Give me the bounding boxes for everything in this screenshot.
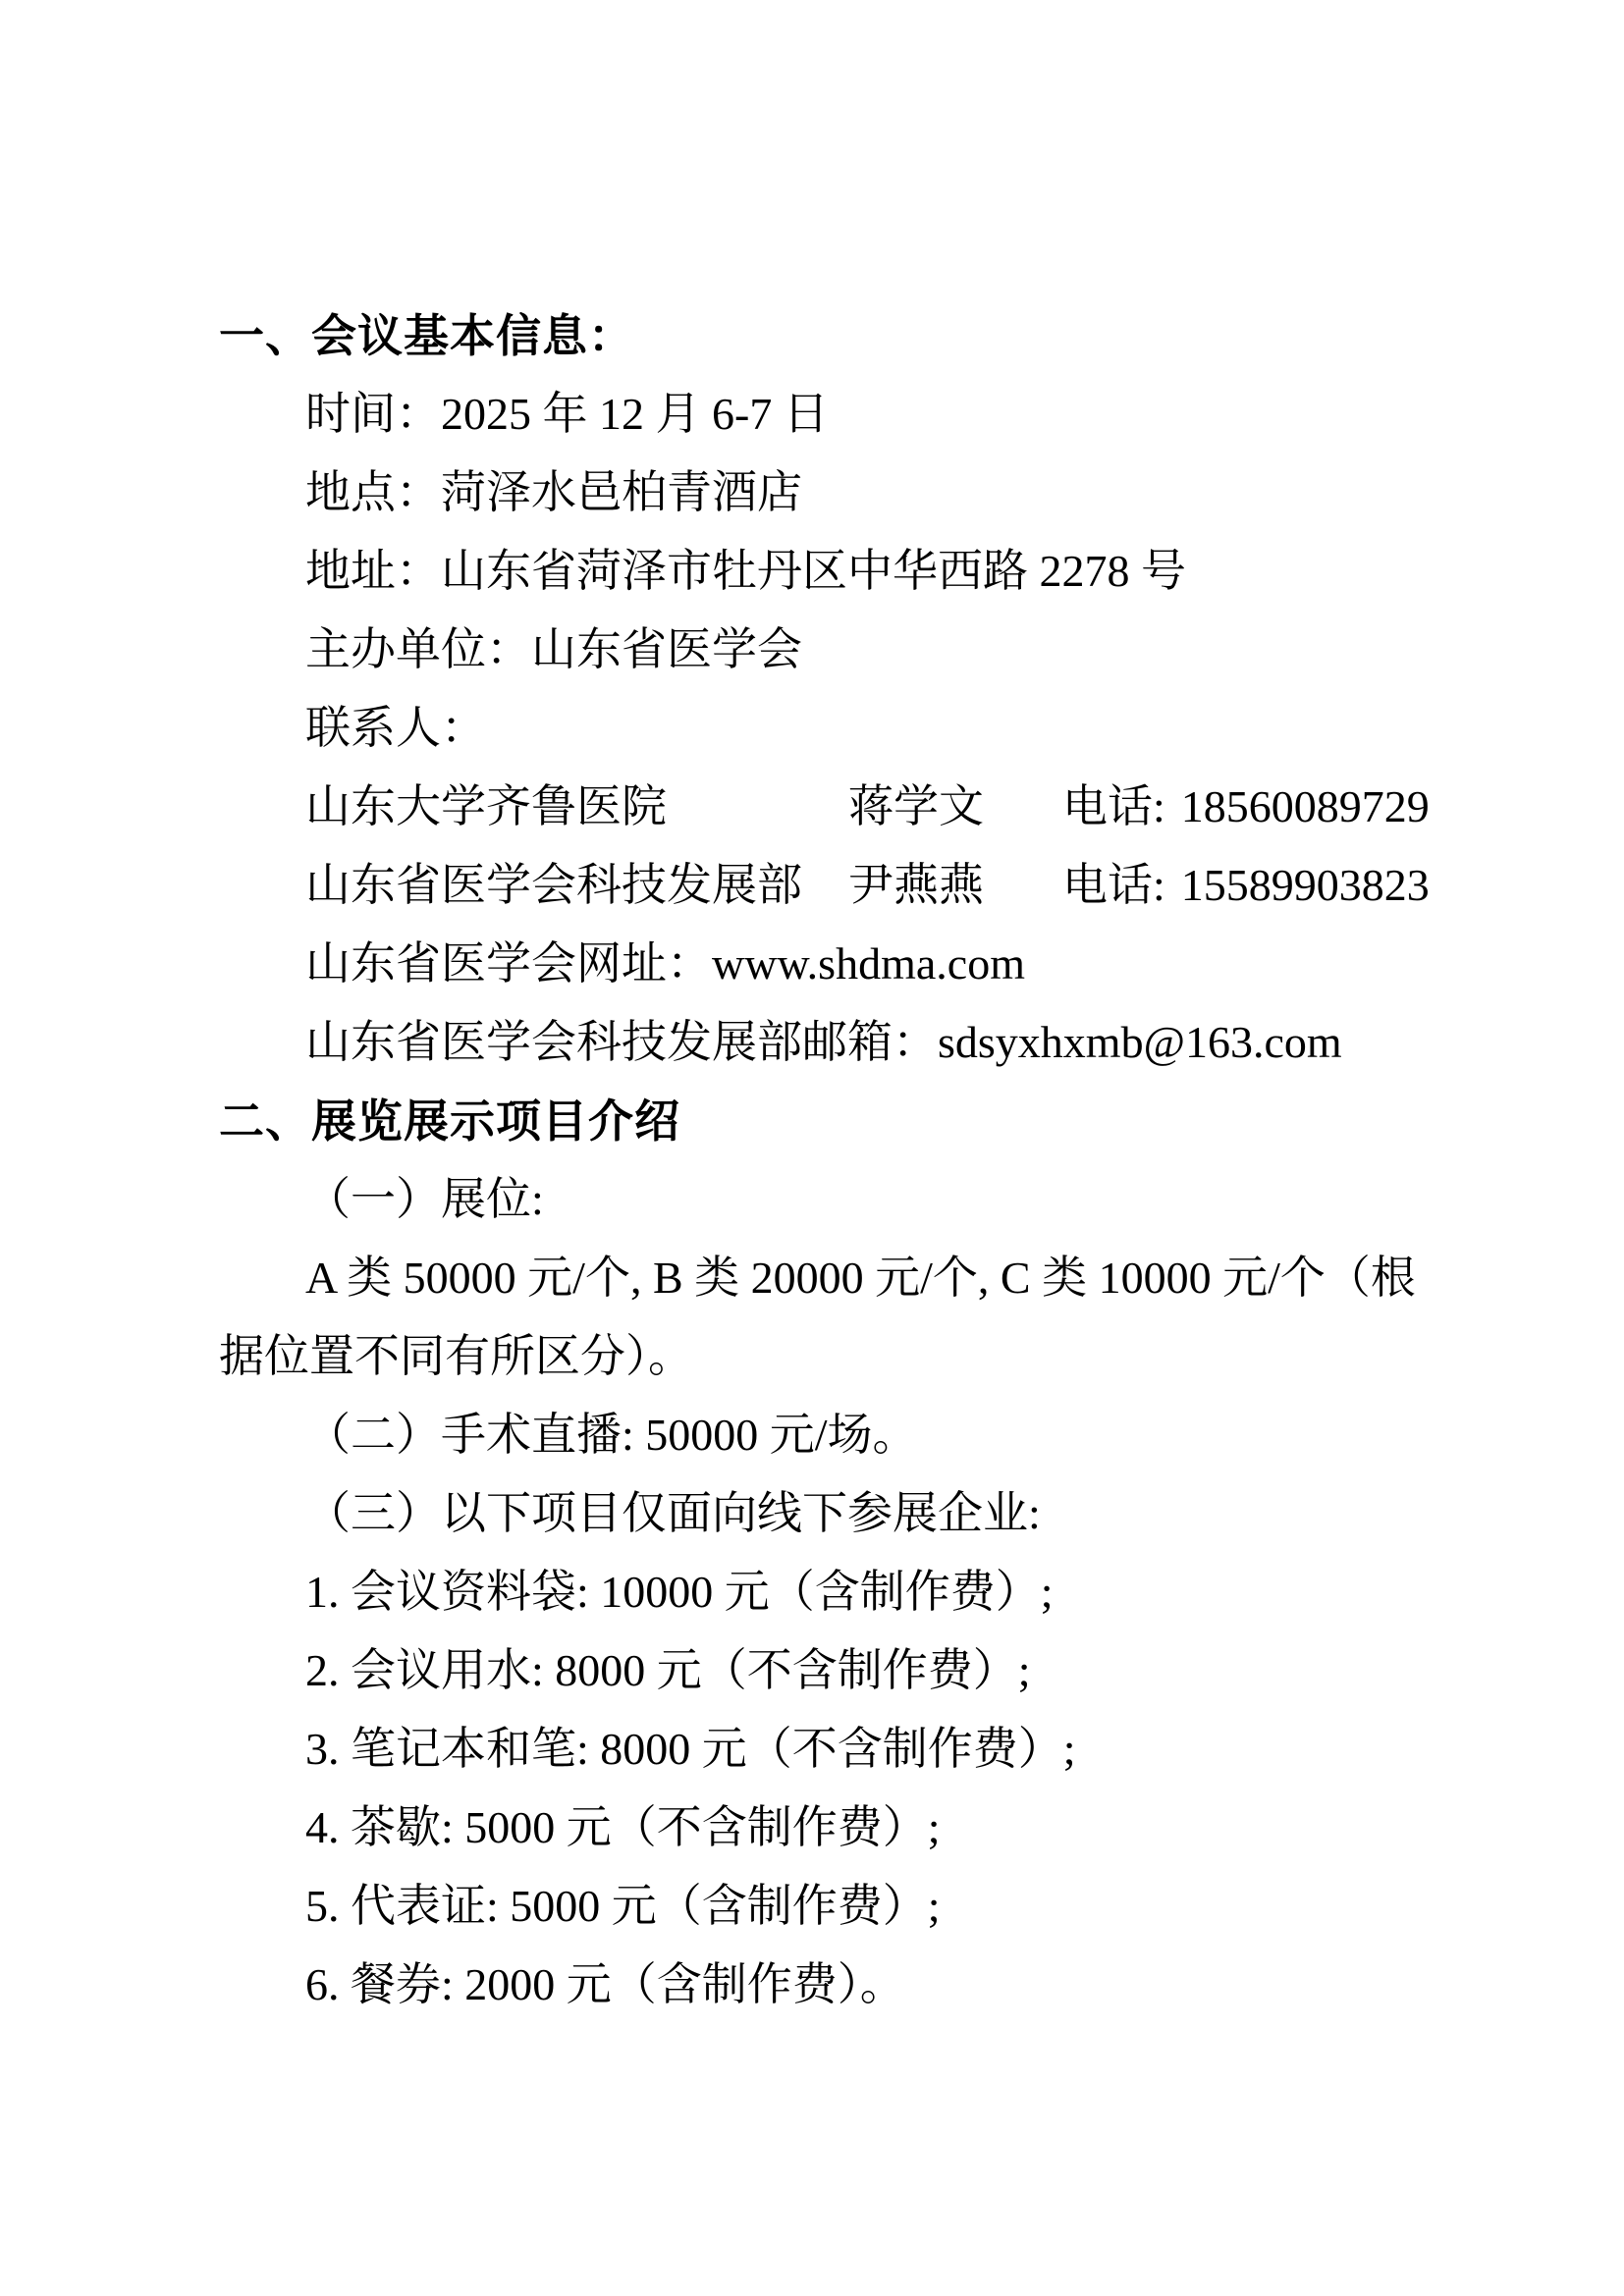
fee-item-line: 4. 茶歇: 5000 元（不含制作费）;: [219, 1789, 1414, 1867]
booth-pricing-line-2: 据位置不同有所区分）。: [219, 1317, 1414, 1396]
fee-item-line: 6. 餐券: 2000 元（含制作费）。: [219, 1946, 1414, 2024]
contact-person: 尹燕燕: [848, 846, 1062, 925]
meeting-time-line: 时间：2025 年 12 月 6-7 日: [219, 375, 1414, 454]
document-page: 一、会议基本信息： 时间：2025 年 12 月 6-7 日 地点：菏泽水邑柏青…: [0, 0, 1624, 2296]
contact-row: 山东省医学会科技发展部 尹燕燕 电话:15589903823: [219, 846, 1414, 925]
fee-item-line: 3. 笔记本和笔: 8000 元（不含制作费）;: [219, 1710, 1414, 1789]
section1-heading: 一、会议基本信息：: [219, 296, 1414, 375]
contacts-label: 联系人：: [219, 689, 1414, 768]
organizer-line: 主办单位：山东省医学会: [219, 611, 1414, 689]
website-line: 山东省医学会网址：www.shdma.com: [219, 925, 1414, 1003]
contact-org: 山东省医学会科技发展部: [305, 846, 848, 925]
offline-only-line: （三）以下项目仅面向线下参展企业:: [219, 1474, 1414, 1553]
surgery-live-line: （二）手术直播: 50000 元/场。: [219, 1396, 1414, 1474]
meeting-venue-line: 地点：菏泽水邑柏青酒店: [219, 454, 1414, 532]
phone-label: 电话:: [1062, 860, 1165, 910]
email-line: 山东省医学会科技发展部邮箱：sdsyxhxmb@163.com: [219, 1003, 1414, 1082]
phone-label: 电话:: [1062, 781, 1165, 831]
section2-heading: 二、展览展示项目介绍: [219, 1082, 1414, 1160]
contact-org: 山东大学齐鲁医院: [305, 768, 848, 846]
fee-item-line: 2. 会议用水: 8000 元（不含制作费）;: [219, 1631, 1414, 1710]
booth-label-line: （一）展位:: [219, 1160, 1414, 1239]
contact-row: 山东大学齐鲁医院 蒋学文 电话:18560089729: [219, 768, 1414, 846]
booth-pricing-line-1: A 类 50000 元/个, B 类 20000 元/个, C 类 10000 …: [219, 1239, 1414, 1317]
fee-item-line: 5. 代表证: 5000 元（含制作费）;: [219, 1867, 1414, 1946]
phone-number: 15589903823: [1181, 860, 1430, 910]
contact-phone: 电话:18560089729: [1062, 768, 1430, 846]
contact-phone: 电话:15589903823: [1062, 846, 1430, 925]
phone-number: 18560089729: [1181, 781, 1430, 831]
document-content: 一、会议基本信息： 时间：2025 年 12 月 6-7 日 地点：菏泽水邑柏青…: [219, 296, 1414, 2024]
fee-item-line: 1. 会议资料袋: 10000 元（含制作费）;: [219, 1553, 1414, 1631]
meeting-address-line: 地址：山东省菏泽市牡丹区中华西路 2278 号: [219, 532, 1414, 611]
contact-person: 蒋学文: [848, 768, 1062, 846]
